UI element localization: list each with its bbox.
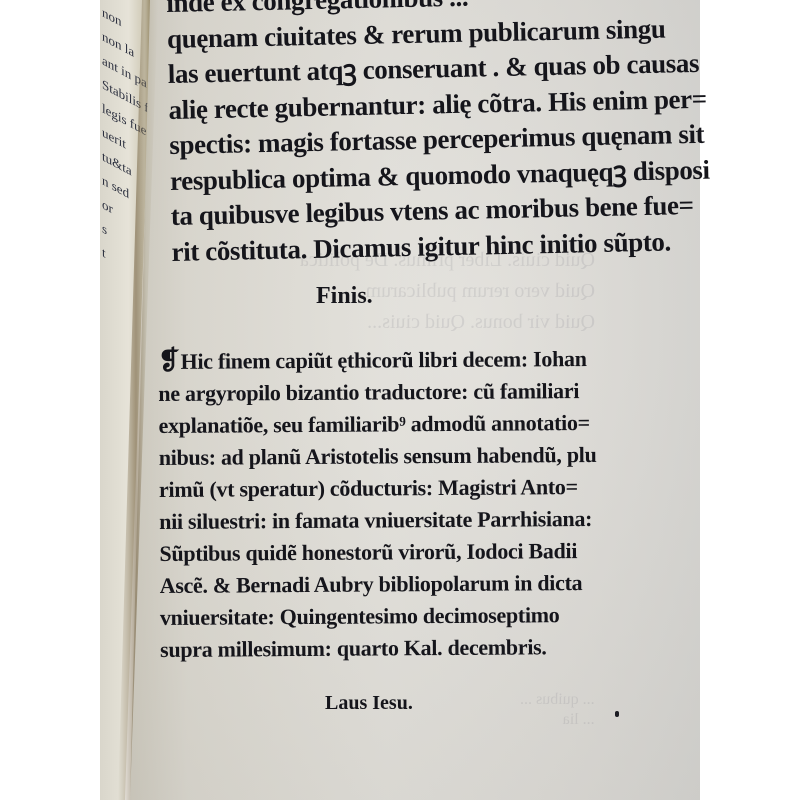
colophon-line: Ascẽ. & Bernadi Aubry bibliopolarum in d…	[160, 567, 598, 602]
ink-speck	[615, 711, 619, 717]
show-through-text-bottom: ... quibus ... ... lia	[520, 690, 595, 730]
pilcrow-icon: ❡	[158, 346, 180, 375]
show-through-line: ... quibus ...	[520, 690, 595, 710]
colophon-line: ne argyropilo bizantio traductore: cũ fa…	[158, 375, 596, 410]
colophon-line: explanatiõe, seu familiarib⁹ admodũ anno…	[158, 407, 596, 442]
closing-line: Laus Iesu.	[325, 692, 413, 715]
colophon-text: ❡Hic finem capiũt ęthicorũ libri decem: …	[158, 342, 598, 666]
colophon-line: nii siluestri: in famata vniuersitate Pa…	[159, 503, 597, 538]
colophon-first-line: ❡Hic finem capiũt ęthicorũ libri decem: …	[158, 342, 596, 378]
body-text-top: inde ex congregationibus ... quęnam ciui…	[166, 0, 711, 270]
colophon-line: nibus: ad planũ Aristotelis sensum haben…	[159, 439, 597, 474]
colophon-line: supra millesimum: quarto Kal. decembris.	[160, 631, 598, 666]
photo-frame: non non la ant in pa Stabilis fue, legis…	[0, 0, 800, 800]
show-through-line: Quid vir bonus. Quid ciuis...	[300, 307, 595, 338]
colophon-line: Sũptibus quidẽ honestorũ virorũ, Iodoci …	[159, 535, 597, 570]
colophon-line: vniuersitate: Quingentesimo decimoseptim…	[160, 599, 598, 634]
show-through-line: ... lia	[520, 710, 595, 730]
colophon-line: Hic finem capiũt ęthicorũ libri decem: I…	[181, 346, 587, 374]
colophon-line: rimũ (vt speratur) cõducturis: Magistri …	[159, 471, 597, 506]
finis-heading: Finis.	[316, 283, 373, 310]
